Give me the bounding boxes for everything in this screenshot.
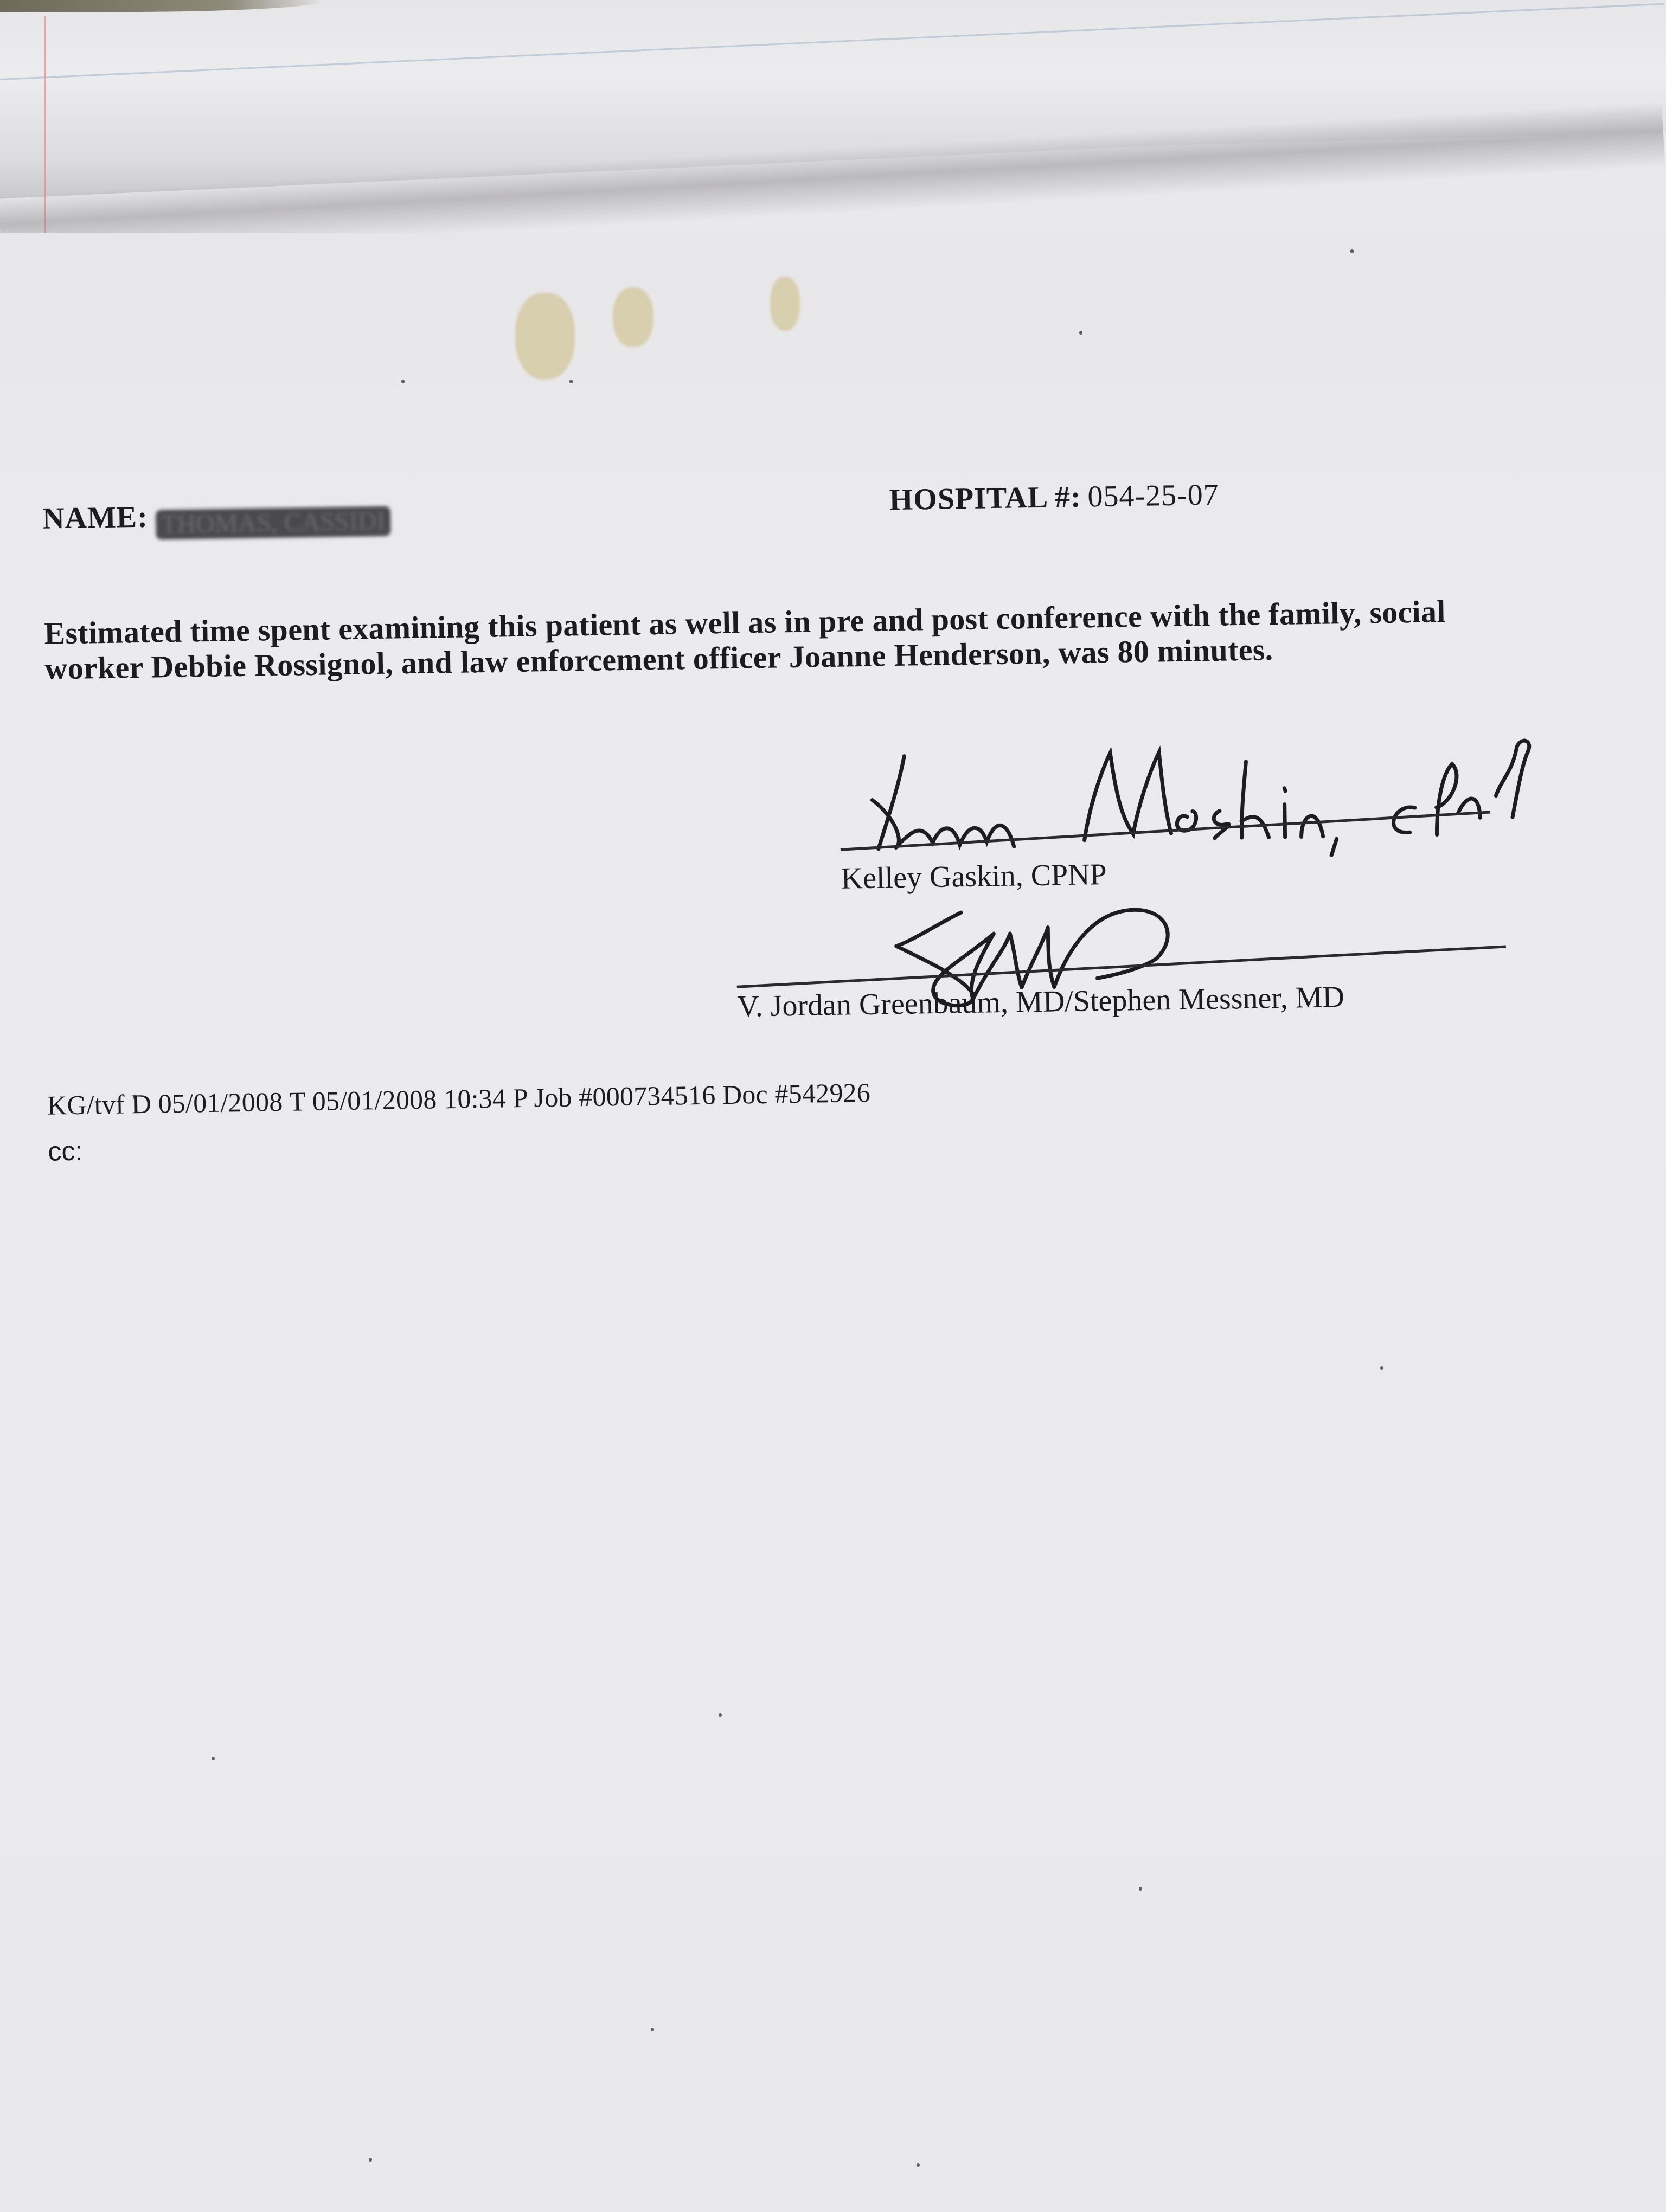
cc-label: cc:	[48, 1135, 83, 1167]
transcription-footer: KG/tvf D 05/01/2008 T 05/01/2008 10:34 P…	[47, 1077, 871, 1121]
signer-name-2: V. Jordan Greenbaum, MD/Stephen Messner,…	[737, 980, 1345, 1024]
hospital-number: 054-25-07	[1087, 478, 1219, 514]
hospital-label: HOSPITAL #:	[889, 480, 1081, 517]
hospital-number-row: HOSPITAL #:054-25-07	[889, 478, 1219, 518]
patient-name-row: NAME:THOMAS, CASSIDI	[42, 496, 391, 542]
name-label: NAME:	[42, 500, 149, 536]
signer-name-1: Kelley Gaskin, CPNP	[841, 857, 1107, 896]
redacted-patient-name: THOMAS, CASSIDI	[156, 506, 391, 539]
document-content: NAME:THOMAS, CASSIDI HOSPITAL #:054-25-0…	[0, 0, 1666, 2212]
